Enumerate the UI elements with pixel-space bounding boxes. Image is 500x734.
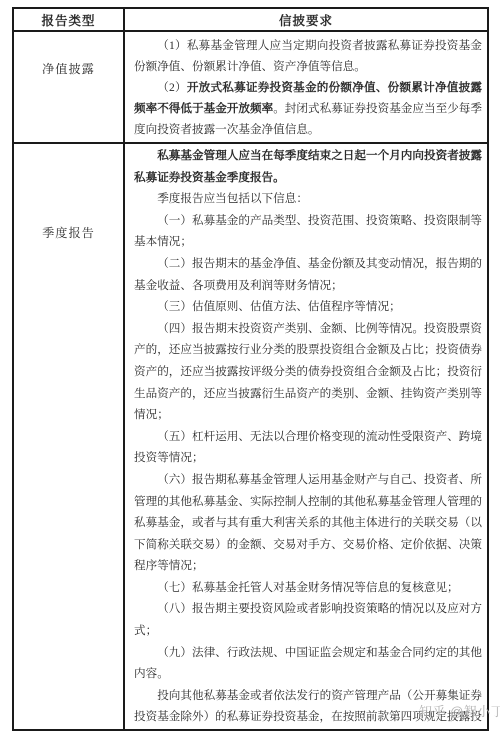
text-run: （1）私募基金管理人应当定期向投资者披露私募证券投资基金份额净值、份额累计净值、… xyxy=(134,39,482,73)
row-label-quarterly-report: 季度报告 xyxy=(14,144,125,729)
requirement-paragraph: （二）报告期末的基金净值、基金份额及其变动情况，报告期的基金收益、各项费用及利润… xyxy=(134,253,482,296)
row-label-net-value-disclosure: 净值披露 xyxy=(14,32,125,144)
column-header-report-type: 报告类型 xyxy=(14,9,125,32)
requirement-paragraph: （一）私募基金的产品类型、投资范围、投资策略、投资限制等基本情况； xyxy=(134,210,482,253)
quarterly-report-requirements: 私募基金管理人应当在每季度结束之日起一个月内向投资者披露私募证券投资基金季度报告… xyxy=(125,144,487,729)
requirement-paragraph: （八）报告期主要投资风险或者影响投资策略的情况以及应对方式； xyxy=(134,598,482,641)
zhihu-watermark: 知乎 @智小丁 xyxy=(419,701,500,720)
text-run: （六）报告期私募基金管理人运用基金财产与自己、投资者、所管理的其他私募基金、实际… xyxy=(134,473,482,572)
text-run: （五）杠杆运用、无法以合理价格变现的流动性受限资产、跨境投资等情况； xyxy=(134,430,482,465)
column-header-disclosure-requirement-label: 信披要求 xyxy=(279,11,333,29)
row-label-net-value-disclosure-text: 净值披露 xyxy=(42,60,95,77)
disclosure-requirements-table: 报告类型 信披要求 净值披露 （1）私募基金管理人应当定期向投资者披露私募证券投… xyxy=(12,7,489,731)
column-header-disclosure-requirement: 信披要求 xyxy=(125,9,487,32)
requirement-paragraph: （九）法律、行政法规、中国证监会规定和基金合同约定的其他内容。 xyxy=(134,642,482,685)
requirement-paragraph: （六）报告期私募基金管理人运用基金财产与自己、投资者、所管理的其他私募基金、实际… xyxy=(134,469,482,577)
text-run: （一）私募基金的产品类型、投资范围、投资策略、投资限制等基本情况； xyxy=(134,214,482,249)
requirement-paragraph: （1）私募基金管理人应当定期向投资者披露私募证券投资基金份额净值、份额累计净值、… xyxy=(134,35,482,77)
column-header-report-type-label: 报告类型 xyxy=(41,11,95,29)
text-run: （四）报告期末投资资产类别、金额、比例等情况。投资股票资产的，还应当披露按行业分… xyxy=(134,322,482,421)
text-run: 季度报告应当包括以下信息： xyxy=(157,192,308,205)
text-run: （八）报告期主要投资风险或者影响投资策略的情况以及应对方式； xyxy=(134,602,482,637)
requirement-paragraph: （七）私募基金托管人对基金财务情况等信息的复核意见； xyxy=(134,577,482,599)
requirement-paragraph: 私募基金管理人应当在每季度结束之日起一个月内向投资者披露私募证券投资基金季度报告… xyxy=(134,145,482,188)
text-run: （2） xyxy=(157,81,187,94)
requirement-paragraph: （三）估值原则、估值方法、估值程序等情况； xyxy=(134,296,482,318)
requirement-paragraph: （五）杠杆运用、无法以合理价格变现的流动性受限资产、跨境投资等情况； xyxy=(134,426,482,469)
requirement-paragraph: 季度报告应当包括以下信息： xyxy=(134,188,482,210)
net-value-disclosure-requirements: （1）私募基金管理人应当定期向投资者披露私募证券投资基金份额净值、份额累计净值、… xyxy=(125,32,487,144)
text-run: （二）报告期末的基金净值、基金份额及其变动情况，报告期的基金收益、各项费用及利润… xyxy=(134,257,482,292)
text-run: （九）法律、行政法规、中国证监会规定和基金合同约定的其他内容。 xyxy=(134,646,482,681)
text-run: （三）估值原则、估值方法、估值程序等情况； xyxy=(157,300,400,313)
row-label-quarterly-report-text: 季度报告 xyxy=(42,224,95,241)
requirement-paragraph: （四）报告期末投资资产类别、金额、比例等情况。投资股票资产的，还应当披露按行业分… xyxy=(134,318,482,426)
requirement-paragraph: （2）开放式私募证券投资基金的份额净值、份额累计净值披露频率不得低于基金开放频率… xyxy=(134,77,482,140)
bold-text-run: 私募基金管理人应当在每季度结束之日起一个月内向投资者披露私募证券投资基金季度报告… xyxy=(134,149,482,184)
text-run: （七）私募基金托管人对基金财务情况等信息的复核意见； xyxy=(157,581,458,594)
